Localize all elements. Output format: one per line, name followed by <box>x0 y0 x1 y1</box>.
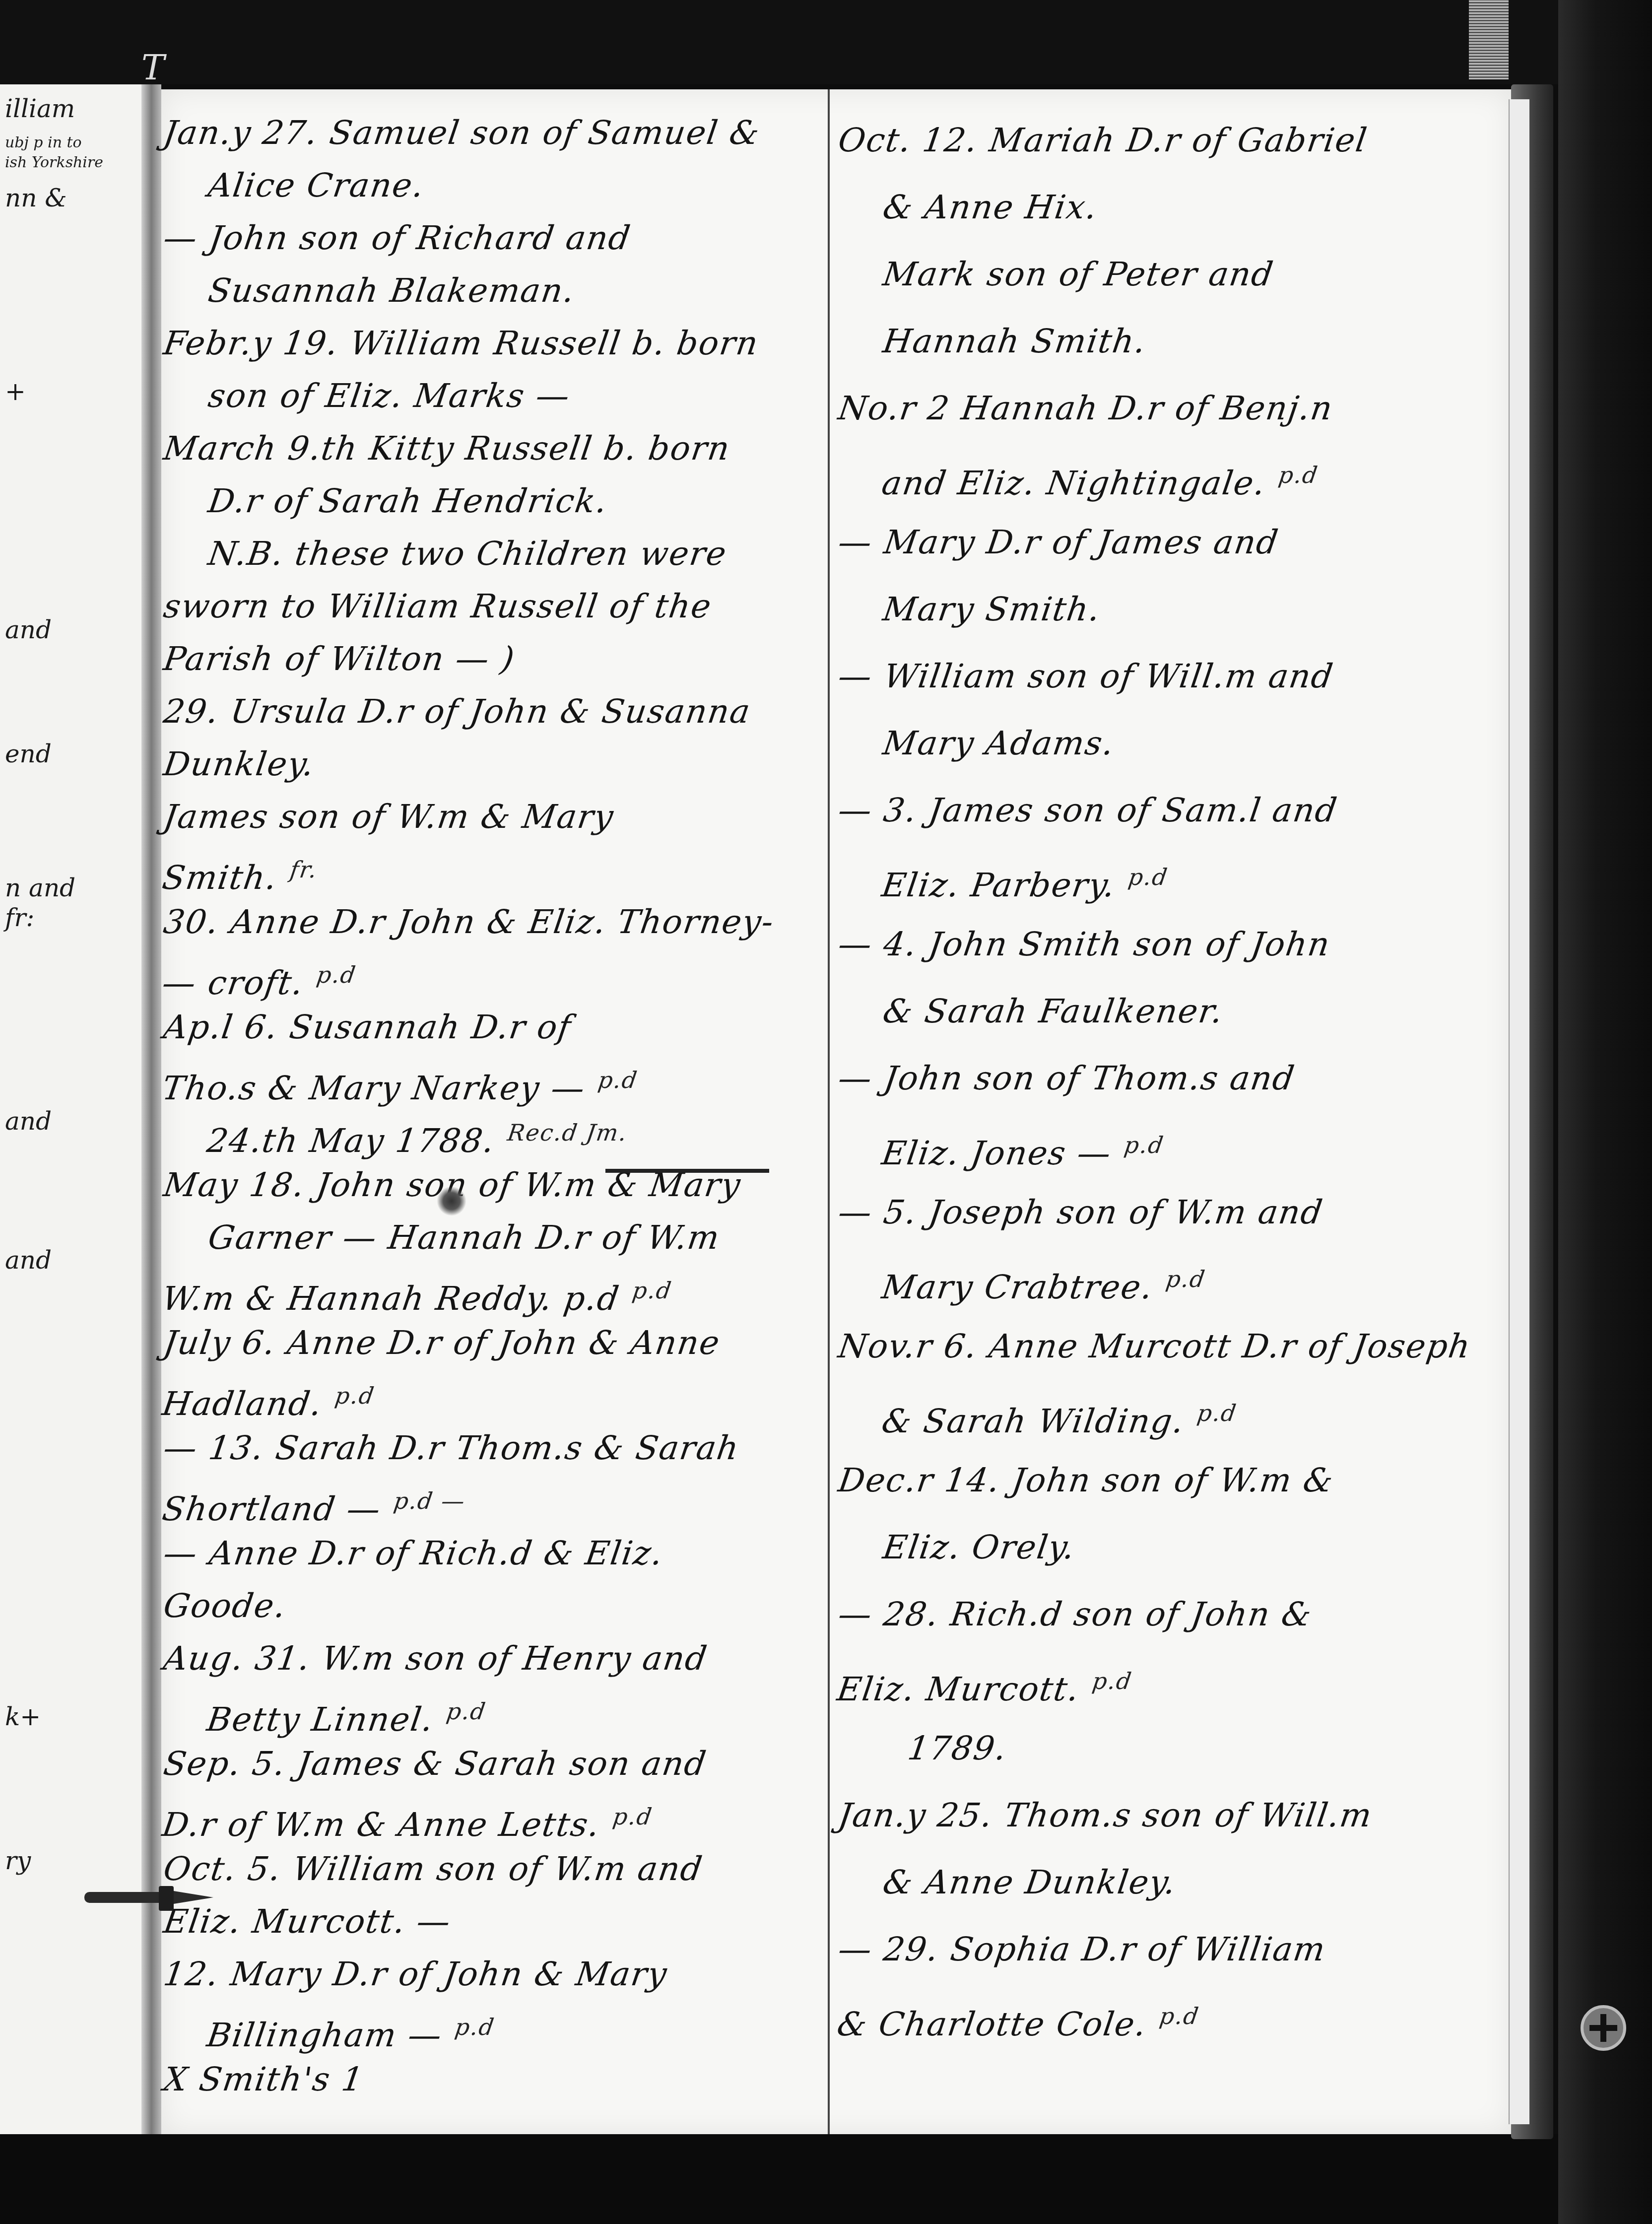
register-entry-line: Eliz. Jones —p.d <box>834 1112 1499 1179</box>
register-entry-line: — 13.Sarah D.r Thom.s & Sarah <box>160 1422 823 1475</box>
entry-text: Hannah D.r of Benj.n <box>959 389 1335 427</box>
register-entry-line: Smith.fr. <box>160 843 823 896</box>
entry-text: Billingham — <box>204 2016 445 2054</box>
column-divider <box>828 89 830 2134</box>
entry-date: Sep. 5. <box>160 1738 289 1790</box>
entry-text: Joseph son of W.m and <box>926 1193 1326 1231</box>
register-entry-line: Mark son of Peter and <box>834 241 1499 308</box>
ink-blot <box>437 1186 466 1216</box>
entry-text: Mark son of Peter and <box>881 255 1276 293</box>
register-entry-line: Ap.l 6.Susannah D.r of <box>160 1001 823 1054</box>
register-entry-line: Oct. 12.Mariah D.r of Gabriel <box>834 107 1499 174</box>
entry-date: — 28. <box>834 1581 944 1648</box>
entry-text: William Russell b. born <box>348 324 761 362</box>
entry-date: — <box>160 1527 201 1580</box>
entry-text: Rich.d son of John & <box>948 1595 1315 1633</box>
register-entry-line: 24.th May 1788.Rec.d Jm. <box>160 1106 823 1159</box>
entry-text: Mary Adams. <box>881 724 1117 762</box>
entry-text: Kitty Russell b. born <box>367 429 733 468</box>
entry-annotation: p.d <box>611 1803 655 1830</box>
previous-page-fragment: k+ <box>5 1702 41 1731</box>
register-entry-line: —William son of Will.m and <box>834 643 1499 710</box>
scanner-screw-icon <box>1581 2005 1626 2051</box>
register-entry-line: —John son of Thom.s and <box>834 1045 1499 1112</box>
entry-date: — 3. <box>834 777 922 844</box>
register-entry-line: Dunkley. <box>160 738 823 791</box>
register-entry-line: Goode. <box>160 1580 823 1632</box>
scanner-background-bottom <box>0 2134 1652 2224</box>
register-entry-line: & Sarah Faulkener. <box>834 978 1499 1045</box>
entry-text: & Anne Dunkley. <box>881 1863 1179 1901</box>
entry-date: July 6. <box>160 1317 279 1369</box>
register-entry-line: —Mary D.r of James and <box>834 509 1499 576</box>
entry-text: Mary Crabtree. <box>879 1268 1155 1306</box>
previous-page-fragment: ubj p in to <box>5 134 82 151</box>
right-column-entries: Oct. 12.Mariah D.r of Gabriel& Anne Hix.… <box>839 107 1494 2050</box>
entry-date: — 29. <box>834 1916 944 1983</box>
register-entry-line: Eliz. Parbery.p.d <box>834 844 1499 911</box>
entry-annotation: p.d <box>333 1382 377 1409</box>
register-entry-line: Mary Adams. <box>834 710 1499 777</box>
entry-annotation: p.d <box>596 1067 640 1093</box>
register-entry-line: & Anne Hix. <box>834 174 1499 241</box>
entry-text: croft. <box>205 964 306 1002</box>
entry-annotation: p.d <box>1158 2003 1201 2029</box>
register-entry-line: Alice Crane. <box>160 159 823 212</box>
previous-page-fragment: and <box>5 1107 52 1136</box>
register-entry-line: —John son of Richard and <box>160 212 823 265</box>
register-entry-line: — 28.Rich.d son of John & <box>834 1581 1499 1648</box>
register-entry-line: Sep. 5.James & Sarah son and <box>160 1738 823 1790</box>
register-entry-line: No.r 2Hannah D.r of Benj.n <box>834 375 1499 442</box>
entry-text: Mary D.r of James and <box>882 523 1281 561</box>
entry-text: son of Eliz. Marks — <box>206 377 573 415</box>
register-entry-line: Aug. 31.W.m son of Henry and <box>160 1632 823 1685</box>
register-entry-line: Garner — Hannah D.r of W.m <box>160 1212 823 1264</box>
entry-annotation: p.d <box>1091 1668 1134 1694</box>
entry-text: & Anne Hix. <box>881 188 1100 226</box>
left-column-entries: Jan.y 27.Samuel son of Samuel &Alice Cra… <box>164 107 819 2106</box>
entry-date: Dec.r 14. <box>834 1447 1005 1514</box>
register-entry-line: Shortland —p.d — <box>160 1475 823 1527</box>
entry-text: Hannah Smith. <box>881 322 1149 360</box>
register-entry-line: Hannah Smith. <box>834 308 1499 375</box>
entry-text: Thom.s son of Will.m <box>1002 1796 1375 1834</box>
entry-text: Anne D.r John & Eliz. Thorney- <box>228 903 777 941</box>
entry-text: 1789. <box>906 1729 1010 1767</box>
entry-annotation: fr. <box>288 856 319 883</box>
entry-text: and Eliz. Nightingale. <box>879 464 1268 502</box>
entry-text: Eliz. Murcott. <box>835 1670 1082 1708</box>
entry-date: — 4. <box>834 911 922 978</box>
entry-text: Susannah Blakeman. <box>206 271 578 310</box>
register-entry-line: Jan.y 27.Samuel son of Samuel & <box>160 107 823 159</box>
register-entry-line: D.r of W.m & Anne Letts.p.d <box>160 1790 823 1843</box>
entry-date: Jan.y 25. <box>834 1782 998 1849</box>
entry-text: Sarah D.r Thom.s & Sarah <box>273 1429 742 1467</box>
entry-text: Hadland. <box>160 1385 325 1423</box>
previous-page-fragment: nn & <box>5 184 67 212</box>
entry-text: Susannah D.r of <box>287 1008 574 1046</box>
entry-text: James son of W.m & Mary <box>161 798 617 836</box>
register-entry-line: 29.Ursula D.r of John & Susanna <box>160 685 823 738</box>
previous-page-fragment: and <box>5 615 52 644</box>
entry-date: Aug. 31. <box>160 1632 314 1685</box>
register-entry-line: —croft.p.d <box>160 948 823 1001</box>
entry-annotation: Rec.d Jm. <box>506 1119 629 1146</box>
entry-date: Nov.r 6. <box>834 1313 982 1380</box>
entry-text: Eliz. Parbery. <box>879 866 1118 904</box>
book-binding-strip <box>1469 0 1509 79</box>
register-entry-line: Mary Smith. <box>834 576 1499 643</box>
register-entry-line: 30.Anne D.r John & Eliz. Thorney- <box>160 896 823 948</box>
register-entry-line: — 3.James son of Sam.l and <box>834 777 1499 844</box>
register-entry-line: May 18.John son of W.m & Mary <box>160 1159 823 1212</box>
ink-underline <box>605 1169 769 1173</box>
previous-page-fragment: and <box>5 1246 52 1275</box>
scanner-background-top <box>0 0 1652 84</box>
entry-text: 24.th May 1788. <box>204 1122 497 1160</box>
register-entry-line: Nov.r 6.Anne Murcott D.r of Joseph <box>834 1313 1499 1380</box>
register-entry-line: Tho.s & Mary Narkey —p.d <box>160 1054 823 1106</box>
entry-date: March 9.th <box>160 422 362 475</box>
entry-text: Smith. <box>160 859 280 897</box>
register-entry-line: Susannah Blakeman. <box>160 265 823 317</box>
entry-text: Anne D.r of Rich.d & Eliz. <box>207 1534 666 1572</box>
entry-text: Mariah D.r of Gabriel <box>987 121 1370 159</box>
register-entry-line: Oct. 5.William son of W.m and <box>160 1843 823 1895</box>
register-entry-line: & Sarah Wilding.p.d <box>834 1380 1499 1447</box>
register-entry-line: Parish of Wilton — ) <box>160 633 823 685</box>
register-entry-line: W.m & Hannah Reddy. p.dp.d <box>160 1264 823 1317</box>
book-gutter <box>141 84 161 2134</box>
entry-text: Mary Smith. <box>881 590 1103 628</box>
entry-text: & Sarah Wilding. <box>879 1402 1187 1440</box>
entry-date: — 5. <box>834 1179 922 1246</box>
entry-date: Jan.y 27. <box>160 107 322 159</box>
register-entry-line: Mary Crabtree.p.d <box>834 1246 1499 1313</box>
entry-text: Ursula D.r of John & Susanna <box>228 692 753 731</box>
register-entry-line: Eliz. Murcott. — <box>160 1895 823 1948</box>
entry-text: John son of Richard and <box>207 219 634 257</box>
entry-date: Febr.y 19. <box>160 317 342 370</box>
entry-annotation: p.d <box>315 961 358 988</box>
entry-date: — 13. <box>160 1422 268 1475</box>
previous-page-fragment: end <box>5 740 52 768</box>
entry-annotation: p.d <box>1123 1132 1166 1158</box>
entry-text: Alice Crane. <box>206 166 427 204</box>
entry-text: & Charlotte Cole. <box>835 2005 1149 2043</box>
previous-page-fragment: ish Yorkshire <box>5 154 103 171</box>
entry-annotation: p.d — <box>392 1487 467 1514</box>
entry-annotation: p.d <box>1126 864 1170 890</box>
entry-date: — <box>834 1045 877 1112</box>
entry-date: — <box>160 212 201 265</box>
entry-text: X Smith's 1 <box>161 2060 367 2098</box>
register-entry-line: X Smith's 1 <box>160 2053 823 2106</box>
entry-date: Oct. 12. <box>834 107 983 174</box>
entry-date: — <box>834 509 877 576</box>
entry-text: John Smith son of John <box>926 925 1333 963</box>
register-entry-line: sworn to William Russell of the <box>160 580 823 633</box>
entry-text: William son of Will.m and <box>882 657 1336 695</box>
entry-text: N.B. these two Children were <box>206 535 729 573</box>
previous-page-fragment: fr: <box>5 903 34 932</box>
entry-text: Eliz. Murcott. — <box>161 1902 454 1941</box>
entry-annotation: p.d <box>445 1698 488 1725</box>
entry-text: Anne Murcott D.r of Joseph <box>987 1327 1473 1365</box>
entry-text: W.m & Hannah Reddy. p.d <box>160 1280 622 1318</box>
entry-text: Dunkley. <box>161 745 317 783</box>
register-entry-line: D.r of Sarah Hendrick. <box>160 475 823 528</box>
register-entry-line: N.B. these two Children were <box>160 528 823 580</box>
entry-annotation: p.d <box>1195 1400 1239 1426</box>
entry-text: Mary D.r of John & Mary <box>228 1955 670 1993</box>
entry-text: D.r of Sarah Hendrick. <box>206 482 610 520</box>
entry-annotation: p.d <box>631 1277 674 1304</box>
entry-date: No.r 2 <box>834 375 955 442</box>
register-entry-line: Hadland.p.d <box>160 1369 823 1422</box>
entry-date: 12. <box>160 1948 223 2001</box>
register-entry-line: Billingham —p.d <box>160 2001 823 2053</box>
register-entry-line: son of Eliz. Marks — <box>160 370 823 422</box>
register-entry-line: James son of W.m & Mary <box>160 791 823 843</box>
entry-date: May 18. <box>160 1159 309 1212</box>
entry-date: 29. <box>160 685 223 738</box>
register-entry-line: Febr.y 19.William Russell b. born <box>160 317 823 370</box>
entry-annotation: p.d <box>453 2014 496 2040</box>
page-stack-edge <box>1509 99 1529 2124</box>
entry-text: Shortland — <box>160 1490 384 1528</box>
register-entry-line: March 9.thKitty Russell b. born <box>160 422 823 475</box>
entry-date: — <box>834 643 877 710</box>
register-entry-line: Eliz. Orely. <box>834 1514 1499 1581</box>
entry-text: Parish of Wilton — ) <box>161 640 518 678</box>
register-entry-line: & Anne Dunkley. <box>834 1849 1499 1916</box>
entry-text: Garner — Hannah D.r of W.m <box>206 1218 723 1257</box>
entry-text: William son of W.m and <box>290 1850 705 1888</box>
register-entry-line: Jan.y 25.Thom.s son of Will.m <box>834 1782 1499 1849</box>
entry-text: D.r of W.m & Anne Letts. <box>160 1806 602 1844</box>
previous-page-fragment: n and <box>5 874 75 902</box>
entry-text: Anne D.r of John & Anne <box>285 1324 723 1362</box>
register-entry-line: Eliz. Murcott.p.d <box>834 1648 1499 1715</box>
entry-annotation: p.d <box>1277 462 1320 488</box>
register-entry-line: — 4.John Smith son of John <box>834 911 1499 978</box>
entry-text: W.m son of Henry and <box>320 1639 710 1678</box>
register-entry-line: — 5.Joseph son of W.m and <box>834 1179 1499 1246</box>
register-entry-line: July 6.Anne D.r of John & Anne <box>160 1317 823 1369</box>
entry-text: Tho.s & Mary Narkey — <box>160 1069 588 1107</box>
entry-text: Goode. <box>161 1587 289 1625</box>
entry-text: Betty Linnel. <box>204 1700 436 1739</box>
entry-text: John son of Thom.s and <box>882 1059 1298 1097</box>
entry-annotation: p.d <box>1164 1266 1207 1292</box>
register-entry-line: 1789. <box>834 1715 1499 1782</box>
entry-text: Eliz. Jones — <box>879 1134 1114 1172</box>
entry-text: John son of W.m & <box>1009 1461 1336 1499</box>
register-entry-line: & Charlotte Cole.p.d <box>834 1983 1499 2050</box>
corner-mark: T <box>141 47 165 88</box>
register-entry-line: Betty Linnel.p.d <box>160 1685 823 1738</box>
entry-date: 30. <box>160 896 223 948</box>
entry-text: Sophia D.r of William <box>948 1930 1328 1968</box>
register-entry-line: 12.Mary D.r of John & Mary <box>160 1948 823 2001</box>
entry-text: Samuel son of Samuel & <box>327 114 762 152</box>
entry-text: & Sarah Faulkener. <box>881 992 1226 1030</box>
previous-page-fragment: illiam <box>5 94 75 123</box>
register-entry-line: —Anne D.r of Rich.d & Eliz. <box>160 1527 823 1580</box>
register-entry-line: Dec.r 14.John son of W.m & <box>834 1447 1499 1514</box>
register-entry-line: and Eliz. Nightingale.p.d <box>834 442 1499 509</box>
entry-text: sworn to William Russell of the <box>161 587 715 625</box>
entry-date: Ap.l 6. <box>160 1001 282 1054</box>
entry-text: James & Sarah son and <box>295 1745 709 1783</box>
previous-page-fragment: ry <box>5 1846 31 1875</box>
scanner-background-right <box>1558 0 1652 2224</box>
entry-text: James son of Sam.l and <box>926 791 1340 829</box>
register-entry-line: — 29.Sophia D.r of William <box>834 1916 1499 1983</box>
page-pointer-tack-icon <box>84 1886 203 1906</box>
entry-text: Eliz. Orely. <box>881 1528 1078 1566</box>
previous-page-fragment: + <box>5 377 26 406</box>
